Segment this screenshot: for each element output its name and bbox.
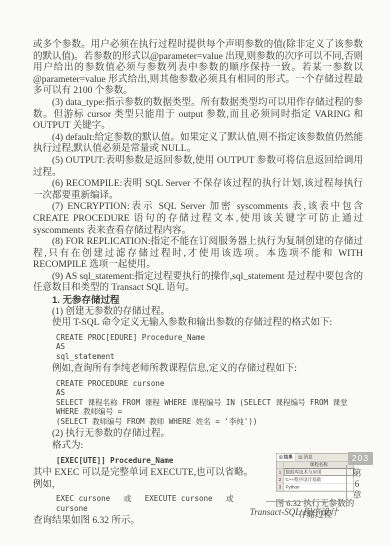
code-line: AS (56, 342, 363, 352)
grid-corner-cell (277, 461, 285, 468)
paragraph-exec-step: (2) 执行无参数的存储过程。 (33, 429, 363, 441)
chapter-char: 第 (349, 468, 365, 479)
code-line: AS (56, 388, 363, 398)
row-value: Python (284, 483, 354, 490)
code-line: CREATE PROCEDURE cursone (56, 379, 363, 389)
result-grid-screenshot: ⊞ 结果 ▤ 消息 课程名称 1 数据库技术与应用 (276, 453, 354, 494)
grid-icon: ⊞ (279, 454, 283, 460)
tab-results: ⊞ 结果 (277, 453, 296, 461)
paragraph-format-label: 格式为: (33, 441, 363, 453)
paragraph-example-intro: 例如,查询所有李纯老师所教课程信息,定义的存储过程如下: (33, 364, 363, 376)
paragraph-default: (4) default:给定参数的默认值。如果定义了默认值,则不指定该参数值仍然… (33, 133, 363, 156)
chapter-marker: 第 6 章 (349, 468, 365, 501)
row-value: C++程序设计基础 (284, 476, 354, 483)
tab-messages: ▤ 消息 (296, 453, 315, 461)
column-header: 课程名称 (284, 461, 354, 468)
code-line: SELECT 课程名称 FROM 课程 WHERE 课程编号 IN (SELEC… (56, 398, 363, 417)
paragraph-output: (5) OUTPUT:表明参数是返回参数,使用 OUTPUT 参数可将信息返回给… (33, 156, 363, 179)
code-block-create-example: CREATE PROCEDURE cursone AS SELECT 课程名称 … (56, 379, 363, 427)
table-row: 1 数据库技术与应用 (277, 468, 354, 476)
page-number-badge: 203 (348, 452, 373, 465)
paragraph-format-intro: 使用 T-SQL 命令定义无输入参数和输出参数的存储过程的格式如下: (33, 318, 363, 330)
tab-results-label: 结果 (284, 454, 293, 460)
chapter-char: 章 (349, 490, 365, 501)
tab-messages-label: 消息 (304, 454, 313, 460)
table-row: 3 Python (277, 483, 354, 491)
ssms-results-pane: ⊞ 结果 ▤ 消息 课程名称 1 数据库技术与应用 (276, 453, 354, 492)
footer-divider-horizontal (266, 501, 347, 502)
row-value-selected: 数据库技术与应用 (284, 468, 354, 475)
row-number: 1 (277, 468, 285, 475)
running-footer-title: Transact-SQL 程序设计 (238, 505, 350, 518)
chapter-number: 6 (349, 479, 365, 490)
paragraph-encryption: (7) ENCRYPTION:表示 SQL Server 加密 syscomme… (33, 202, 363, 237)
section-heading-no-param-procedure: 1. 无参存储过程 (33, 295, 363, 307)
paragraph-as-statement: (9) AS sql_statement:指定过程要执行的操作,sql_stat… (33, 272, 363, 295)
paragraph-replication: (8) FOR REPLICATION:指定不能在订阅服务器上执行为复制创建的存… (33, 237, 363, 272)
chapter-divider-vertical (346, 465, 347, 502)
results-tabbar: ⊞ 结果 ▤ 消息 (277, 453, 354, 461)
page-body: 或多个参数。用户必须在执行过程时提供每个声明参数的值(除非定义了该参数的默认值)… (33, 40, 363, 528)
row-number: 2 (277, 476, 285, 483)
paragraph-params-continued: 或多个参数。用户必须在执行过程时提供每个声明参数的值(除非定义了该参数的默认值)… (33, 40, 363, 98)
code-line: sql_statement (56, 352, 363, 362)
code-line: CREATE PROC[EDURE] Procedure_Name (56, 333, 363, 343)
code-line: (SELECT 教师编号 FROM 教师 WHERE 姓名 = '李纯')) (56, 417, 363, 427)
paragraph-recompile: (6) RECOMPILE:表明 SQL Server 不保存该过程的执行计划,… (33, 179, 363, 202)
table-row: 2 C++程序设计基础 (277, 476, 354, 484)
paragraph-create-step: (1) 创建无参数的存储过程。 (33, 307, 363, 319)
row-number: 3 (277, 483, 285, 490)
grid-header-row: 课程名称 (277, 461, 354, 468)
code-block-create-syntax: CREATE PROC[EDURE] Procedure_Name AS sql… (56, 333, 363, 362)
paragraph-datatype: (3) data_type:指示参数的数据类型。所有数据类型均可以用作存储过程的… (33, 98, 363, 133)
message-icon: ▤ (298, 454, 302, 460)
